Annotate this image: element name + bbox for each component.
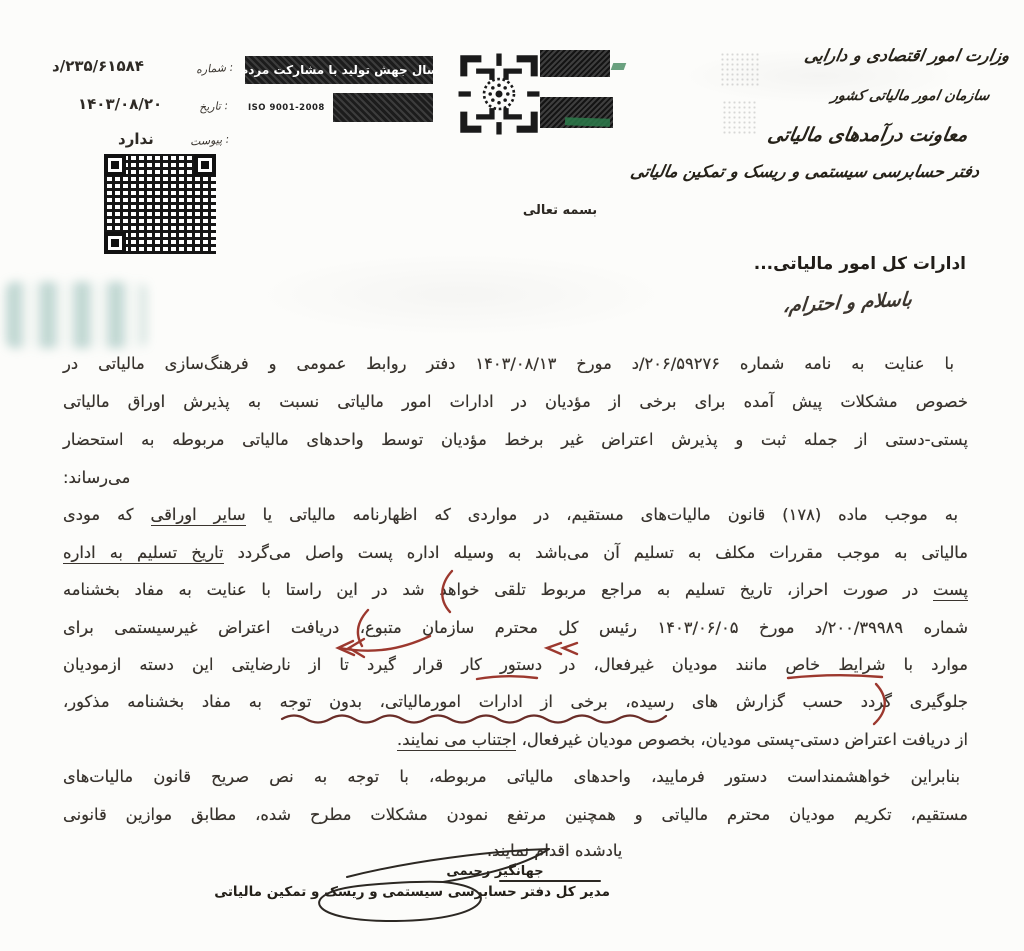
besmellah: بسمه تعالی <box>505 203 615 218</box>
letter-line: پستی-دستی از جمله ثبت و پذیرش اعتراض غیر… <box>63 428 968 452</box>
signatory-name: جهانگیر رحیمی <box>440 864 550 879</box>
stamp-green-mark <box>565 117 610 127</box>
letter-line: به موجب ماده (۱۷۸) قانون مالیات‌های مستق… <box>63 503 968 527</box>
letterhead-deputy: معاونت درآمدهای مالیاتی <box>766 124 970 146</box>
ref-number-value: ۲۳۵/۶۱۵۸۴/د <box>52 57 144 75</box>
recipient-title: ادارات کل امور مالیاتی... <box>754 254 966 274</box>
letter-line: پست در صورت احراز، تاریخ تسلیم به مراجع … <box>63 578 968 602</box>
letter-line: با عنایت به نامه شماره ۲۰۶/۵۹۲۷۶/د مورخ … <box>63 352 968 376</box>
letter-line: خصوص مشکلات پیش آمده برای برخی از مؤدیان… <box>63 390 968 414</box>
letter-line: یادشده اقدام نمایند. <box>487 839 622 863</box>
date-label: تاریخ : <box>199 99 229 114</box>
letterhead-office: دفتر حسابرسی سیستمی و ریسک و تمکین مالیا… <box>629 162 981 181</box>
letter-line: شماره ۲۰۰/۳۹۹۸۹/د مورخ ۱۴۰۳/۰۶/۰۵ رئیس ک… <box>63 616 968 640</box>
iso-label: ISO 9001-2008 <box>248 103 325 113</box>
org-emblem-icon <box>452 50 546 138</box>
letter-line: از دریافت اعتراض دستی-پستی مودیان، بخصوص… <box>440 728 968 752</box>
ref-number-label: شماره : <box>196 61 234 77</box>
letterhead-organization: سازمان امور مالیاتی کشور <box>830 88 991 104</box>
ghost-stamp-watermark <box>6 282 146 348</box>
scanned-letter-page: شماره : ۲۳۵/۶۱۵۸۴/د تاریخ : ۱۴۰۳/۰۸/۲۰ پ… <box>0 0 1024 951</box>
letter-line: مالیاتی به موجب مقررات مکلف به تسلیم آن … <box>63 541 968 565</box>
attachment-label: پیوست : <box>190 133 230 149</box>
slogan-banner: سال جهش تولید با مشارکت مردم <box>245 56 433 84</box>
qr-code <box>104 154 216 254</box>
date-value: ۱۴۰۳/۰۸/۲۰ <box>78 95 162 113</box>
letter-line: جلوگیری گردد حسب گزارش های رسیده، برخی ا… <box>63 690 968 714</box>
letter-line: می‌رساند: <box>63 466 130 490</box>
iso-stamp-band <box>333 93 433 122</box>
underlined-phrase: تاریخ تسلیم به اداره <box>63 543 224 564</box>
signatory-title: مدیر کل دفتر حسابرسی سیستمی و ریسک و تمک… <box>250 884 610 900</box>
stamp-residue-2 <box>722 100 758 134</box>
letter-line: بنابراین خواهشمنداست دستور فرمایید، واحد… <box>63 765 968 789</box>
underlined-phrase: پست <box>933 580 968 601</box>
underlined-phrase: اجتناب می نمایند. <box>397 730 516 751</box>
letter-line: موارد با شرایط خاص مانند مودیان غیرفعال،… <box>63 653 968 677</box>
letter-line: مستقیم، تکریم مودیان محترم مالیاتی و همچ… <box>63 803 968 827</box>
attachment-value: ندارد <box>118 130 154 148</box>
salutation-handwriting: باسلام و احترام، <box>771 288 913 317</box>
slogan-text: سال جهش تولید با مشارکت مردم <box>239 63 438 77</box>
redaction-stamp-1 <box>540 50 610 77</box>
stamp-residue-1 <box>720 52 760 86</box>
stamp-green-mark-small <box>611 63 627 70</box>
underlined-phrase: سایر اوراقی <box>151 505 246 526</box>
red-wavy-underline <box>282 716 666 723</box>
letterhead-ministry: وزارت امور اقتصادی و دارایی <box>803 46 1011 65</box>
